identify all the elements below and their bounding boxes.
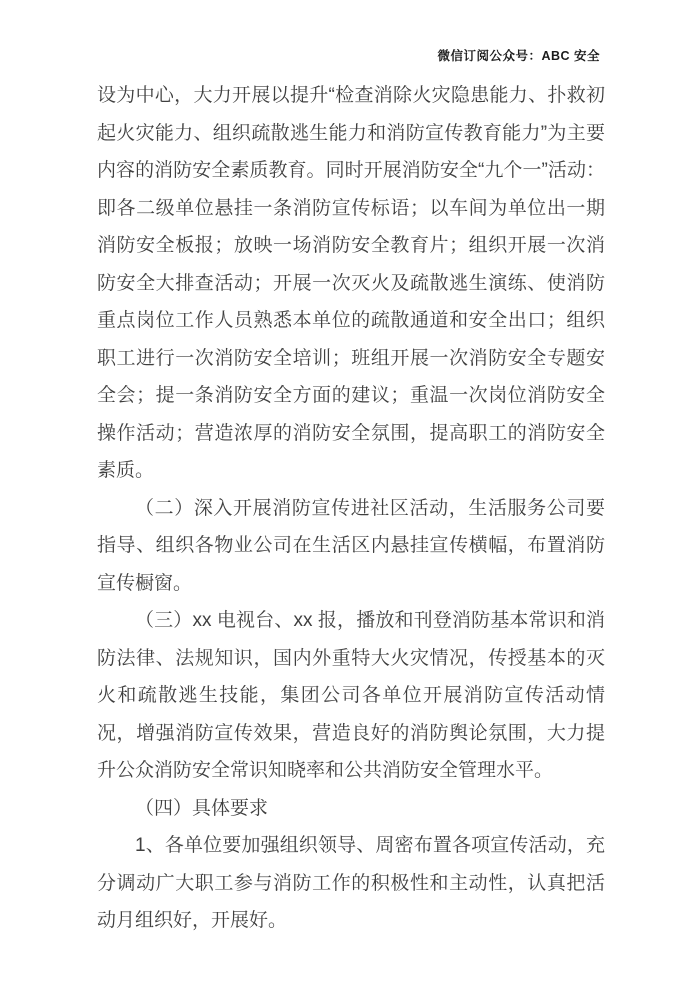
paragraph-continuation: 设为中心，大力开展以提升“检查消除火灾隐患能力、扑救初起火灾能力、组织疏散逃生能… <box>97 77 605 490</box>
paragraph-section-3: （三）xx 电视台、xx 报，播放和刊登消防基本常识和消防法律、法规知识，国内外… <box>97 602 605 790</box>
paragraph-item-1: 1、各单位要加强组织领导、周密布置各项宣传活动，充分调动广大职工参与消防工作的积… <box>97 827 605 940</box>
document-page: 微信订阅公众号：ABC 安全 设为中心，大力开展以提升“检查消除火灾隐患能力、扑… <box>0 0 700 989</box>
page-header: 微信订阅公众号：ABC 安全 <box>0 0 700 64</box>
paragraph-section-4-heading: （四）具体要求 <box>97 790 605 828</box>
document-body: 设为中心，大力开展以提升“检查消除火灾隐患能力、扑救初起火灾能力、组织疏散逃生能… <box>0 77 700 940</box>
wechat-account-label: 微信订阅公众号：ABC 安全 <box>437 49 600 63</box>
paragraph-section-2: （二）深入开展消防宣传进社区活动，生活服务公司要指导、组织各物业公司在生活区内悬… <box>97 490 605 603</box>
